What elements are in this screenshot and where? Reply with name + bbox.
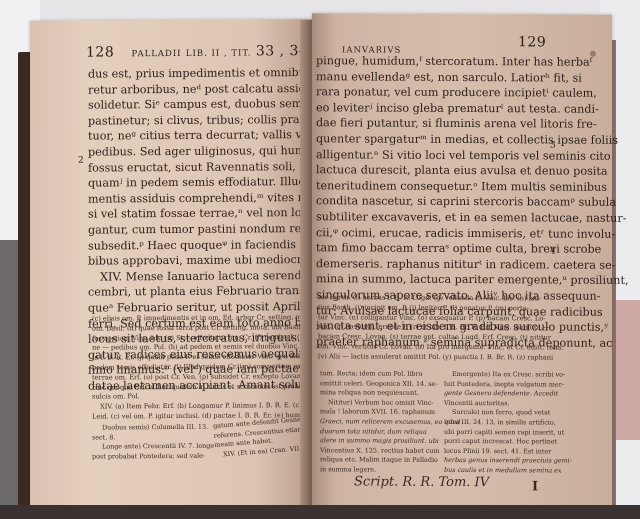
right-folio: 129 bbox=[518, 34, 546, 50]
text-line: cii,ᵠ ocimi, erucae, radicis immiseris, … bbox=[316, 225, 544, 242]
text-line: alligentur.ⁿ Si vitio loci vel temporis … bbox=[316, 147, 544, 164]
text-line: tam fimo baccam terraˢ optime culta, bre… bbox=[316, 240, 544, 257]
text-line: pedibus. Sed ager uliginosus, qui humore… bbox=[88, 143, 308, 160]
background-right-object bbox=[612, 300, 640, 440]
text-line: fossus eructat, sicut Ravennatis soli, n… bbox=[88, 159, 308, 176]
commentary-line: herbas genus inserendi praeciuis gemi- bbox=[444, 456, 572, 466]
text-line: teneritudinem consequetur.ᵒ Item multis … bbox=[316, 178, 544, 195]
text-line: mentis assiduis comprehendi,ᵐ vites meli… bbox=[88, 190, 308, 207]
text-line: gantur, cum tumor pastini nondum repetit… bbox=[88, 221, 308, 238]
text-line: pastinetur; si clivus, tribus; collis pr… bbox=[88, 112, 308, 129]
text-line: lactuca durescit, planta eius avulsa et … bbox=[316, 162, 544, 179]
right-footnotes: ter Barth. (f) herbas I. B. R. Lugd. (g)… bbox=[318, 293, 563, 363]
commentary-line: Longe ante) Crescentii IV. 7. longe bbox=[92, 442, 214, 452]
text-line: quamʲ in pedem semis effodiatur. Illudˡ … bbox=[88, 174, 308, 191]
text-line: retur arboribus, neᵈ post calcatu assidu… bbox=[88, 81, 308, 98]
commentary-line: tum. Recta; idem cum Pol. libro bbox=[320, 369, 460, 379]
left-commentary-col1: Duobus semis) Columella III. 13. sect. 8… bbox=[92, 423, 214, 462]
signature-mark: I bbox=[532, 479, 538, 494]
text-line: subtiliter excavaveris, et in ea semen l… bbox=[316, 209, 544, 226]
commentary-line: Duobus semis) Columella III. 13. bbox=[92, 423, 214, 433]
text-line: subsedit.ᵖ Haec quoqueᵠ in faciendis sul… bbox=[88, 237, 308, 254]
commentary-line: infra III. 24. 13, in similis artificio, bbox=[444, 418, 572, 428]
right-page: IANVARIVS 129 3 4 pingue, humidum,ᶠ ster… bbox=[312, 13, 612, 517]
footnote-line: (v) Alii — lactis assulerat omittit Pol.… bbox=[318, 352, 563, 363]
commentary-line: post probabat Pontedera; sed vale- bbox=[92, 451, 214, 461]
text-line: cembri, ut planta eius Februario transfe… bbox=[88, 283, 308, 300]
commentary-line: porri caput increscat. Hoc pertinet bbox=[444, 437, 572, 447]
text-line: tuor, neᵍ citius terra decurrat; vallis … bbox=[88, 127, 308, 144]
section-heading-line: XIV. Mense Ianuario lactuca serenda est,… bbox=[88, 268, 308, 285]
running-head-lib: LIB. II , TIT. bbox=[186, 48, 252, 58]
text-line: pingue, humidum,ᶠ stercoratum. Inter has… bbox=[316, 53, 544, 70]
text-line: solidetur. Siᵉ campus est, duobus semis … bbox=[88, 96, 308, 113]
commentary-line: mina reliqua non nequiescunt. bbox=[320, 388, 460, 398]
series-signature: Script. R. R. Tom. IV bbox=[354, 474, 489, 490]
commentary-line: Graeci, num relicerem excusemus, eo quod bbox=[320, 417, 460, 427]
background-bottom-shadow bbox=[0, 505, 640, 519]
left-page: 128 PALLADII LIB. II , TIT. 33 , 34 2 du… bbox=[30, 19, 312, 517]
text-line: quenter spargaturᵐ in medias, et collect… bbox=[316, 131, 544, 148]
running-head-author: PALLADII bbox=[132, 49, 182, 59]
right-folio-wrap: 129 bbox=[518, 34, 546, 50]
text-line: eo leviterʲ inciso gleba prematurˡ aut t… bbox=[316, 100, 544, 117]
commentary-line: Emergente) Ita ex Cresc. scribi vo- bbox=[444, 370, 572, 380]
text-line: bibus approbavi, maxime ubi mediocris es… bbox=[88, 252, 308, 269]
text-line: condita nascetur, si caprini stercoris b… bbox=[316, 194, 544, 211]
commentary-line: gente Gesnero defendente. Accedit bbox=[444, 389, 572, 399]
text-line: si vel statim fossae terrae,ⁿ vel non lo… bbox=[88, 205, 308, 222]
left-running-head: 128 PALLADII LIB. II , TIT. 33 , 34 bbox=[86, 43, 308, 61]
left-margin-number: 2 bbox=[78, 156, 84, 166]
text-line: mina in summo, lactuca pariter emergente… bbox=[316, 272, 544, 289]
text-line: manu evellendaᵍ est, non sarculo. Latior… bbox=[316, 69, 544, 86]
text-line: demerseris. raphanus nititurᵗ in radicem… bbox=[316, 256, 544, 273]
right-commentary-col1: tum. Recta; idem cum Pol. libro omittit … bbox=[320, 369, 460, 475]
text-line: rara ponatur, vel cum producere incipiet… bbox=[316, 84, 544, 101]
text-line: dus est, prius impedimentis et omnibus (… bbox=[88, 65, 308, 82]
left-folio: 128 bbox=[86, 44, 114, 60]
text-line: dae fieri putantur, si fluminis arena ve… bbox=[316, 116, 544, 133]
right-commentary-col2: Emergente) Ita ex Cresc. scribi vo- luit… bbox=[444, 370, 572, 476]
commentary-line: alere in summo magis prosiliunt. ubi bbox=[320, 436, 460, 446]
